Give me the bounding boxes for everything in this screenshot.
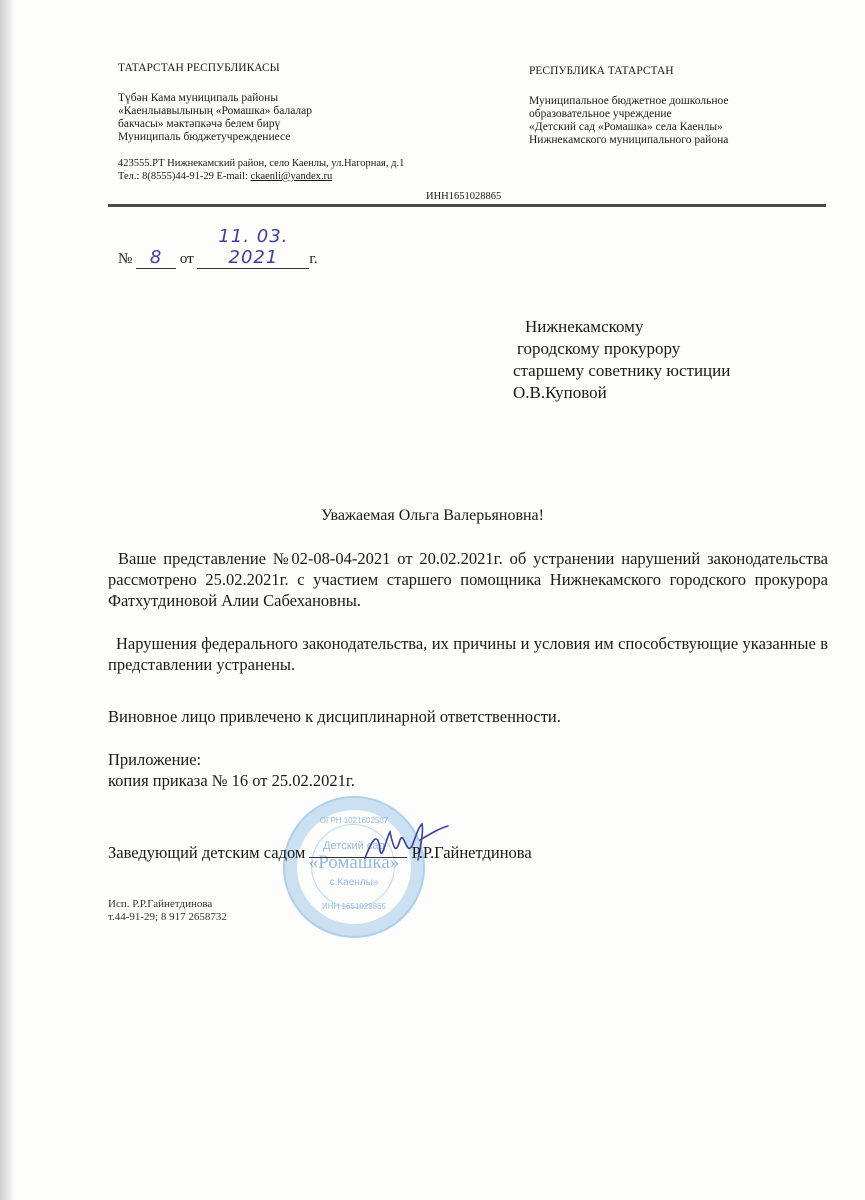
- greeting: Уважаемая Ольга Валерьяновна!: [0, 507, 865, 525]
- reg-number-prefix: №: [118, 251, 132, 267]
- reg-from-label: от: [180, 251, 194, 267]
- addressee-block: Нижнекамскому городскому прокурору старш…: [513, 316, 730, 404]
- registration-line: № 8 от 11. 03. 2021г.: [118, 226, 318, 269]
- reg-year-suffix: г.: [309, 251, 317, 267]
- signature-blank: [309, 843, 407, 858]
- addressee-line: О.В.Куповой: [513, 382, 730, 404]
- reg-number-value: 8: [136, 247, 176, 269]
- body-paragraph-3: Виновное лицо привлечено к дисциплинарно…: [108, 706, 828, 727]
- stamp-bottom-text: ИНН 1651028865: [285, 902, 423, 911]
- header-phone: Тел.: 8(8555)44-91-29 E-mail:: [118, 171, 251, 182]
- header-contacts: Тел.: 8(8555)44-91-29 E-mail: ckaenli@ya…: [118, 170, 404, 183]
- header-right-title: РЕСПУБЛИКА ТАТАРСТАН: [529, 65, 729, 78]
- signer-name: Р.Р.Гайнетдинова: [412, 843, 532, 862]
- executor-name: Исп. Р.Р.Гайнетдинова: [108, 898, 227, 911]
- signature-line: Заведующий детским садом Р.Р.Гайнетдинов…: [108, 843, 532, 863]
- header-left-org-line: Муниципаль бюджетучреждениесе: [118, 131, 404, 144]
- header-left-org-line: бакчасы» мәктәпкәчә белем бирү: [118, 118, 404, 131]
- header-left: ТАТАРСТАН РЕСПУБЛИКАСЫ Түбән Кама муници…: [118, 62, 404, 183]
- reg-date-value: 11. 03. 2021: [197, 226, 309, 269]
- scan-edge: [0, 0, 14, 1200]
- header-divider: [108, 204, 826, 207]
- header-left-title: ТАТАРСТАН РЕСПУБЛИКАСЫ: [118, 62, 404, 75]
- header-address: 423555.РТ Нижнекамский район, село Каенл…: [118, 157, 404, 170]
- stamp-line-3: с.Каенлы»: [285, 877, 423, 888]
- header-right-org-line: Нижнекамского муниципального района: [529, 134, 729, 147]
- body-paragraph-2: Нарушения федерального законодательства,…: [108, 633, 828, 675]
- attachment-item: копия приказа № 16 от 25.02.2021г.: [108, 770, 828, 791]
- header-right: РЕСПУБЛИКА ТАТАРСТАН Муниципальное бюдже…: [529, 65, 729, 147]
- body-paragraph-1: Ваше представление №02-08-04-2021 от 20.…: [108, 548, 828, 611]
- header-right-org-line: образовательное учреждение: [529, 108, 729, 121]
- inn: ИНН1651028865: [426, 191, 501, 202]
- header-left-org-line: «Каенлыавылының «Ромашка» балалар: [118, 105, 404, 118]
- addressee-line: Нижнекамскому: [513, 316, 730, 338]
- header-email-link[interactable]: ckaenli@yandex.ru: [251, 171, 333, 182]
- addressee-line: городскому прокурору: [513, 338, 730, 360]
- addressee-line: старшему советнику юстиции: [513, 360, 730, 382]
- header-left-org-line: Түбән Кама муниципаль районы: [118, 92, 404, 105]
- attachment-label: Приложение:: [108, 749, 828, 770]
- header-right-org-line: Муниципальное бюджетное дошкольное: [529, 95, 729, 108]
- header-right-org-line: «Детский сад «Ромашка» села Каенлы»: [529, 121, 729, 134]
- signer-position: Заведующий детским садом: [108, 843, 305, 862]
- executor-phone: т.44-91-29; 8 917 2658732: [108, 911, 227, 924]
- executor-block: Исп. Р.Р.Гайнетдинова т.44-91-29; 8 917 …: [108, 898, 227, 924]
